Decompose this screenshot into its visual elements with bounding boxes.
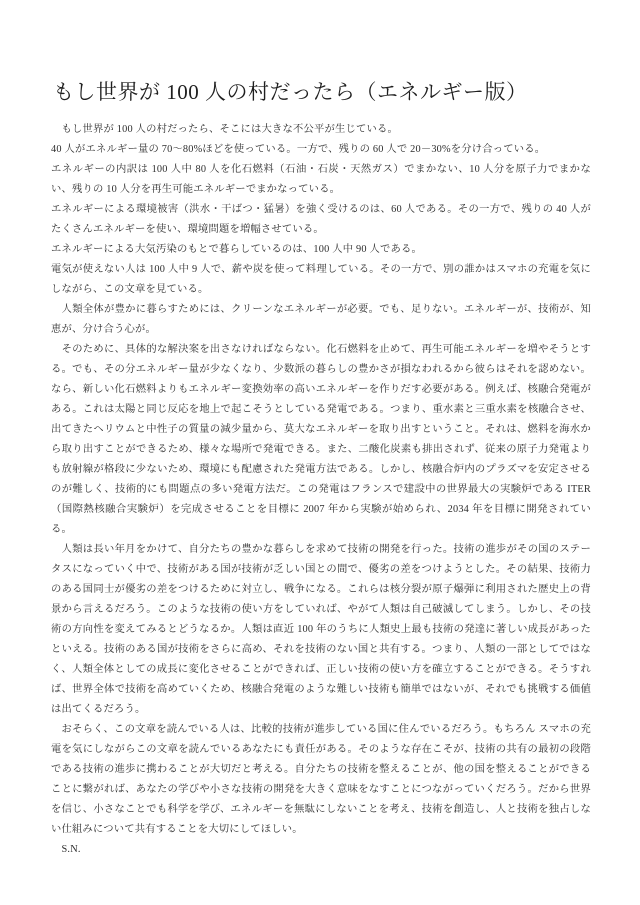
paragraph-energy-share: 40 人がエネルギー量の 70～80%ほどを使っている。一方で、残りの 60 人… [51,140,591,160]
paragraph-no-electricity: 電気が使えない人は 100 人中 9 人で、薪や炭を使って料理している。その一方… [51,260,591,300]
signature: S.N. [51,840,591,860]
paragraph-clean-energy-need: 人類全体が豊かに暮らすためには、クリーンなエネルギーが必要。でも、足りない。エネ… [51,300,591,340]
paragraph-technology-history: 人類は長い年月をかけて、自分たちの豊かな暮らしを求めて技術の開発を行った。技術の… [51,540,591,720]
document-title: もし世界が 100 人の村だったら（エネルギー版） [53,76,591,106]
paragraph-fusion-power: そのために、具体的な解決案を出さなければならない。化石燃料を止めて、再生可能エネ… [51,340,591,540]
paragraph-environmental-damage: エネルギーによる環境被害（洪水・干ばつ・猛暑）を強く受けるのは、60 人である。… [51,200,591,240]
document-page: もし世界が 100 人の村だったら（エネルギー版） もし世界が 100 人の村だ… [0,0,640,905]
paragraph-energy-breakdown: エネルギーの内訳は 100 人中 80 人を化石燃料（石油・石炭・天然ガス）でま… [51,160,591,200]
paragraph-air-pollution: エネルギーによる大気汚染のもとで暮らしているのは、100 人中 90 人である。 [51,240,591,260]
paragraph-intro: もし世界が 100 人の村だったら、そこには大きな不公平が生じている。 [51,120,591,140]
paragraph-reader-responsibility: おそらく、この文章を読んでいる人は、比較的技術が進歩している国に住んでいるだろう… [51,720,591,840]
document-body: もし世界が 100 人の村だったら、そこには大きな不公平が生じている。 40 人… [51,120,591,860]
